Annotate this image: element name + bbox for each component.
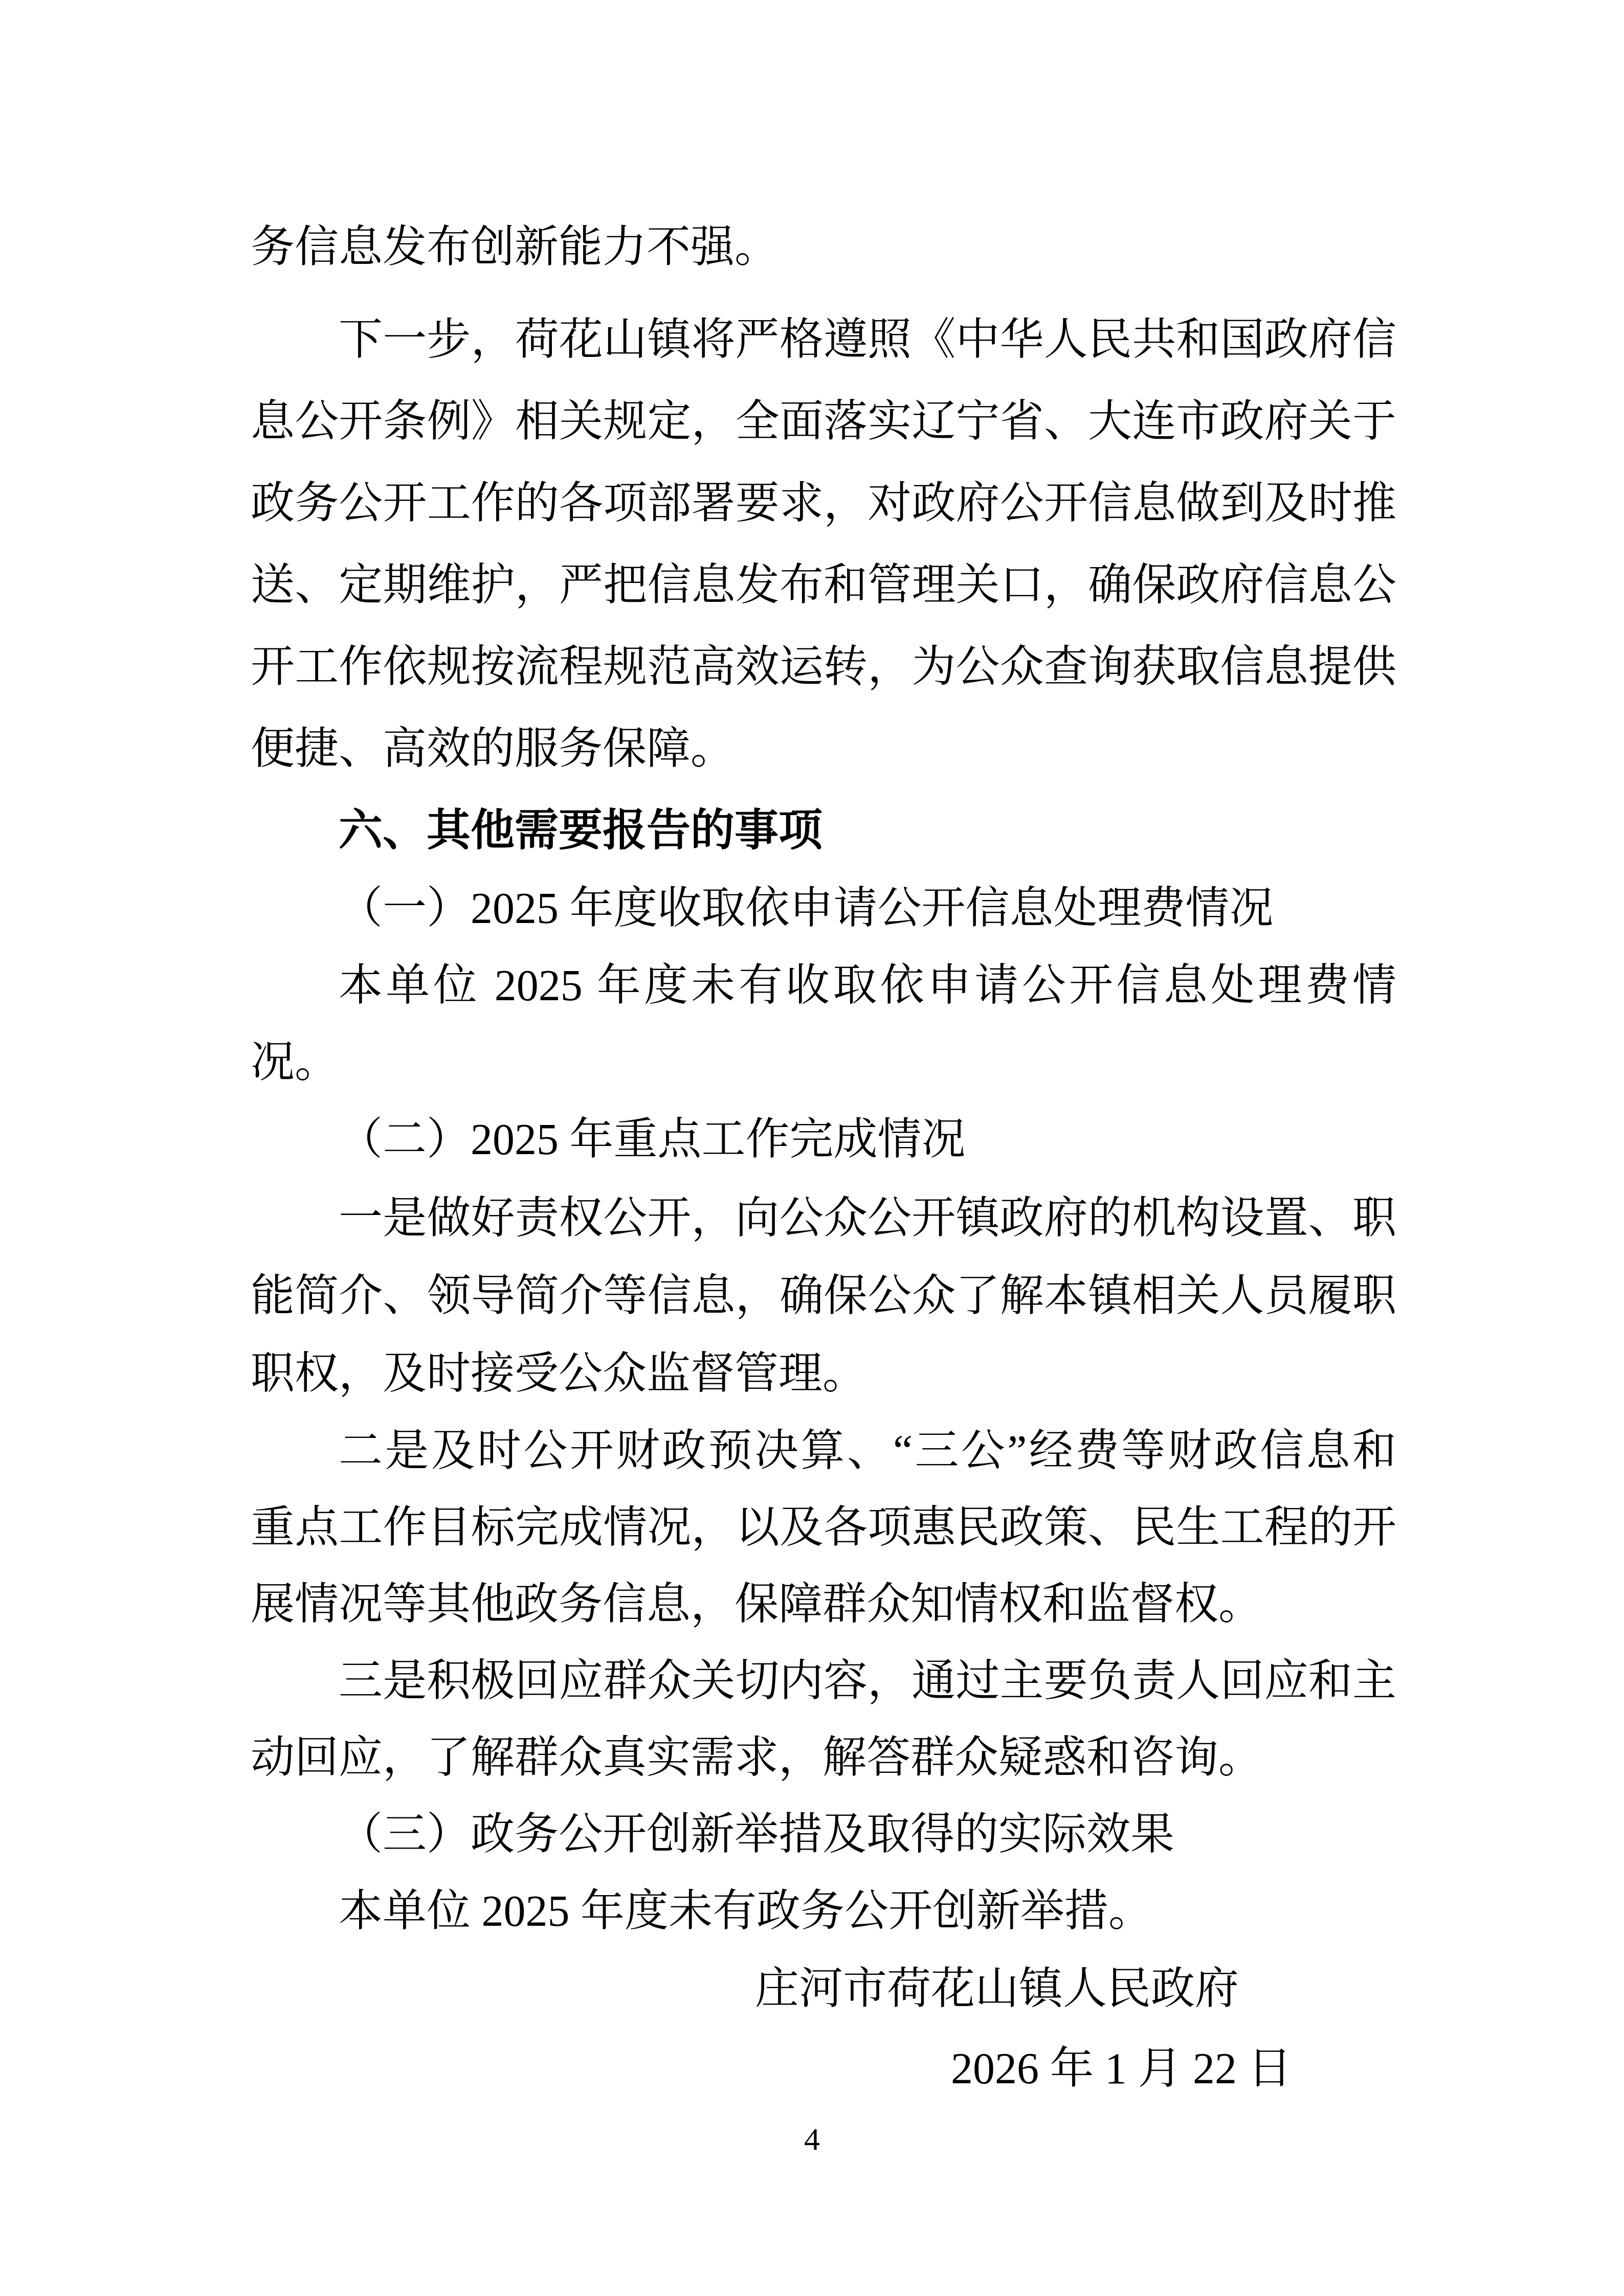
- text-line: 况。: [251, 1037, 1396, 1088]
- text-line: 下一步，荷花山镇将严格遵照《中华人民共和国政府信: [251, 314, 1396, 365]
- text-line: 政务公开工作的各项部署要求，对政府公开信息做到及时推: [251, 478, 1396, 529]
- text-line: 动回应，了解群众真实需求，解答群众疑惑和咨询。: [251, 1732, 1396, 1783]
- signature-line: 庄河市荷花山镇人民政府: [755, 1964, 1239, 2014]
- page-number: 4: [0, 2122, 1624, 2157]
- text-line: 本单位 2025 年度未有政务公开创新举措。: [251, 1886, 1396, 1937]
- text-line: 二是及时公开财政预决算、“三公”经费等财政信息和: [251, 1426, 1396, 1476]
- text-line: （一）2025 年度收取依申请公开信息处理费情况: [251, 883, 1396, 934]
- text-line: 三是积极回应群众关切内容，通过主要负责人回应和主: [251, 1656, 1396, 1706]
- text-line: （二）2025 年重点工作完成情况: [251, 1114, 1396, 1165]
- text-line: 展情况等其他政务信息，保障群众知情权和监督权。: [251, 1579, 1396, 1630]
- text-line: 本单位 2025 年度未有收取依申请公开信息处理费情: [251, 960, 1396, 1011]
- text-line: 重点工作目标完成情况，以及各项惠民政策、民生工程的开: [251, 1502, 1396, 1553]
- text-line: 职权，及时接受公众监督管理。: [251, 1348, 1396, 1399]
- text-line: 息公开条例》相关规定，全面落实辽宁省、大连市政府关于: [251, 396, 1396, 447]
- text-line: （三）政务公开创新举措及取得的实际效果: [251, 1809, 1396, 1860]
- text-line: 便捷、高效的服务保障。: [251, 724, 1396, 774]
- document-page: 务信息发布创新能力不强。下一步，荷花山镇将严格遵照《中华人民共和国政府信息公开条…: [0, 0, 1624, 2296]
- text-line: 开工作依规按流程规范高效运转，为公众查询获取信息提供: [251, 642, 1396, 692]
- text-line: 送、定期维护，严把信息发布和管理关口，确保政府信息公: [251, 560, 1396, 611]
- text-line: 能简介、领导简介等信息，确保公众了解本镇相关人员履职: [251, 1271, 1396, 1321]
- date-line: 2026 年 1 月 22 日: [951, 2043, 1292, 2094]
- text-line: 务信息发布创新能力不强。: [251, 222, 1396, 273]
- section-heading: 六、其他需要报告的事项: [251, 805, 1396, 856]
- text-line: 一是做好责权公开，向公众公开镇政府的机构设置、职: [251, 1193, 1396, 1244]
